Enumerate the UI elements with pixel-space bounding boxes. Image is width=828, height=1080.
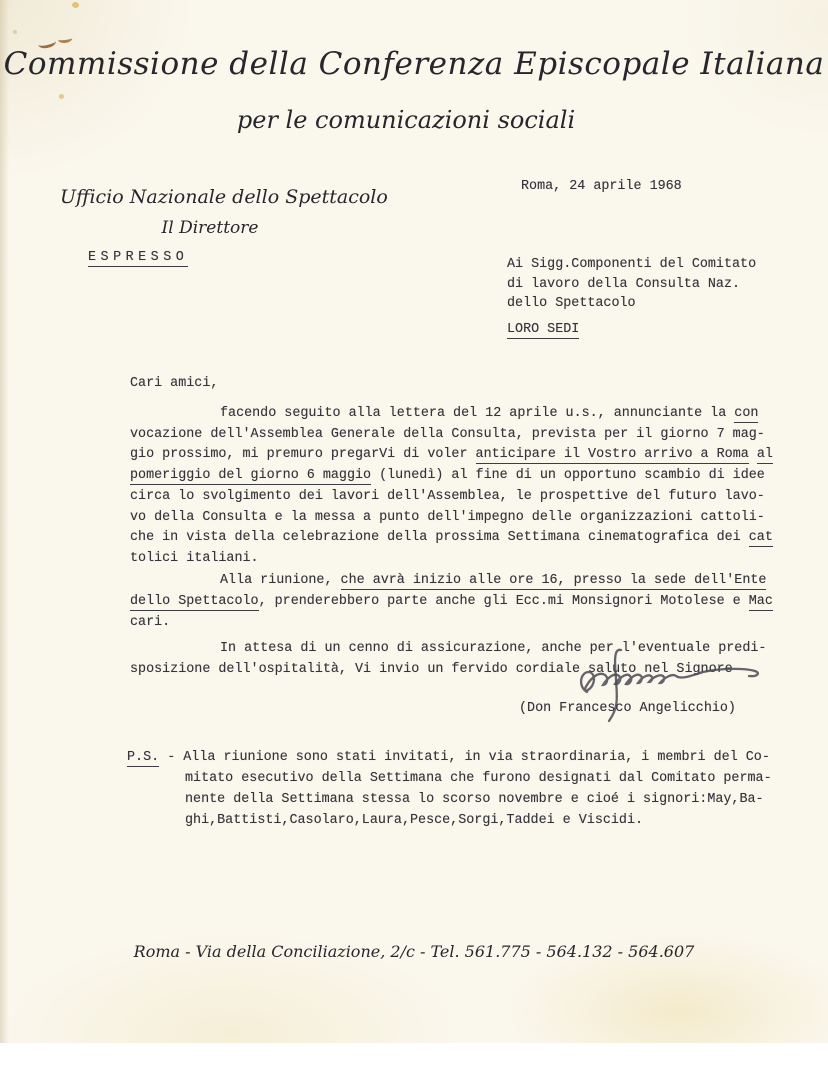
text-segment: vo della Consulta e la messa a punto del… bbox=[130, 510, 765, 525]
letterhead-footer-address: Roma - Via della Conciliazione, 2/c - Te… bbox=[0, 942, 828, 961]
recipient-line: di lavoro della Consulta Naz. bbox=[507, 275, 756, 295]
paper-speck bbox=[72, 2, 79, 8]
underlined-text: che avrà inizio alle ore 16, presso la s… bbox=[341, 573, 767, 590]
paper-speck bbox=[13, 30, 17, 34]
body-line: dello Spettacolo, prenderebbero parte an… bbox=[130, 591, 800, 612]
postscript-line: mitato esecutivo della Settimana che fur… bbox=[127, 768, 807, 789]
paper-background: Commissione della Conferenza Episcopale … bbox=[0, 0, 828, 1043]
text-segment: che in vista della celebrazione della pr… bbox=[130, 530, 749, 545]
postscript-line: ghi,Battisti,Casolaro,Laura,Pesce,Sorgi,… bbox=[127, 810, 807, 831]
letterhead-org-name: Commissione della Conferenza Episcopale … bbox=[0, 46, 828, 82]
underlined-text: pomeriggio del giorno 6 maggio bbox=[130, 468, 371, 485]
body-line: che in vista della celebrazione della pr… bbox=[130, 528, 800, 549]
signature-name: (Don Francesco Angelicchio) bbox=[519, 701, 736, 716]
postscript-line: nente della Settimana stessa lo scorso n… bbox=[127, 789, 807, 810]
underlined-text: al bbox=[757, 447, 773, 464]
ps-label: P.S. bbox=[127, 750, 159, 767]
body-line: tolici italiani. bbox=[130, 549, 800, 570]
letterhead-office-name: Ufficio Nazionale dello Spettacolo bbox=[60, 186, 388, 208]
text-segment: , prenderebbero parte anche gli Ecc.mi M… bbox=[259, 594, 749, 609]
letterhead-org-subtitle: per le comunicazioni sociali bbox=[0, 106, 812, 134]
underlined-text: anticipare il Vostro arrivo a Roma bbox=[476, 447, 749, 464]
text-segment: facendo seguito alla lettera del 12 apri… bbox=[220, 406, 734, 421]
letterhead-office-role: Il Direttore bbox=[60, 218, 360, 238]
text-segment: cari. bbox=[130, 615, 170, 630]
recipient-block: Ai Sigg.Componenti del Comitato di lavor… bbox=[507, 255, 756, 314]
text-segment: circa lo svolgimento dei lavori dell'Ass… bbox=[130, 489, 765, 504]
body-line: pomeriggio del giorno 6 maggio (lunedì) … bbox=[130, 466, 800, 487]
delivery-mode-label: ESPRESSO bbox=[88, 250, 188, 265]
text-segment: Alla riunione, bbox=[220, 573, 341, 588]
body-paragraph-1: facendo seguito alla lettera del 12 apri… bbox=[130, 404, 800, 570]
body-line: vocazione dell'Assemblea Generale della … bbox=[130, 425, 800, 446]
text-segment: nente della Settimana stessa lo scorso n… bbox=[185, 792, 764, 807]
text-segment: gio prossimo, mi premuro pregarVi di vol… bbox=[130, 447, 476, 462]
body-paragraph-2: Alla riunione, che avrà inizio alle ore … bbox=[130, 570, 800, 633]
text-segment: (lunedì) al fine di un opportuno scambio… bbox=[371, 468, 765, 483]
salutation: Cari amici, bbox=[130, 376, 218, 391]
body-line: facendo seguito alla lettera del 12 apri… bbox=[130, 404, 800, 425]
body-line: cari. bbox=[130, 612, 800, 633]
underlined-text: dello Spettacolo bbox=[130, 594, 259, 611]
body-line: Alla riunione, che avrà inizio alle ore … bbox=[130, 570, 800, 591]
underlined-text: Mac bbox=[749, 594, 773, 611]
text-segment: mitato esecutivo della Settimana che fur… bbox=[185, 771, 772, 786]
recipient-line: dello Spettacolo bbox=[507, 294, 756, 314]
text-segment: vocazione dell'Assemblea Generale della … bbox=[130, 427, 765, 442]
body-line: vo della Consulta e la messa a punto del… bbox=[130, 508, 800, 529]
address-tag-text: LORO SEDI bbox=[507, 322, 579, 339]
text-segment: tolici italiani. bbox=[130, 551, 259, 566]
body-line: circa lo svolgimento dei lavori dell'Ass… bbox=[130, 487, 800, 508]
scanned-letter-page: Commissione della Conferenza Episcopale … bbox=[0, 0, 828, 1080]
ink-stain bbox=[58, 34, 73, 43]
underlined-text: cat bbox=[749, 530, 773, 547]
paper-speck bbox=[59, 94, 64, 99]
postscript-block: P.S. - Alla riunione sono stati invitati… bbox=[127, 747, 807, 831]
text-segment: Alla riunione sono stati invitati, in vi… bbox=[183, 750, 770, 765]
delivery-mode-text: ESPRESSO bbox=[88, 250, 188, 267]
text-segment bbox=[749, 447, 757, 462]
underlined-text: con bbox=[734, 406, 758, 423]
recipient-line: Ai Sigg.Componenti del Comitato bbox=[507, 255, 756, 275]
postscript-line: P.S. - Alla riunione sono stati invitati… bbox=[127, 747, 807, 768]
text-segment: ghi,Battisti,Casolaro,Laura,Pesce,Sorgi,… bbox=[185, 813, 643, 828]
dateline: Roma, 24 aprile 1968 bbox=[521, 179, 682, 194]
text-segment: - bbox=[159, 750, 183, 765]
body-line: gio prossimo, mi premuro pregarVi di vol… bbox=[130, 445, 800, 466]
recipient-address-tag: LORO SEDI bbox=[507, 322, 579, 337]
